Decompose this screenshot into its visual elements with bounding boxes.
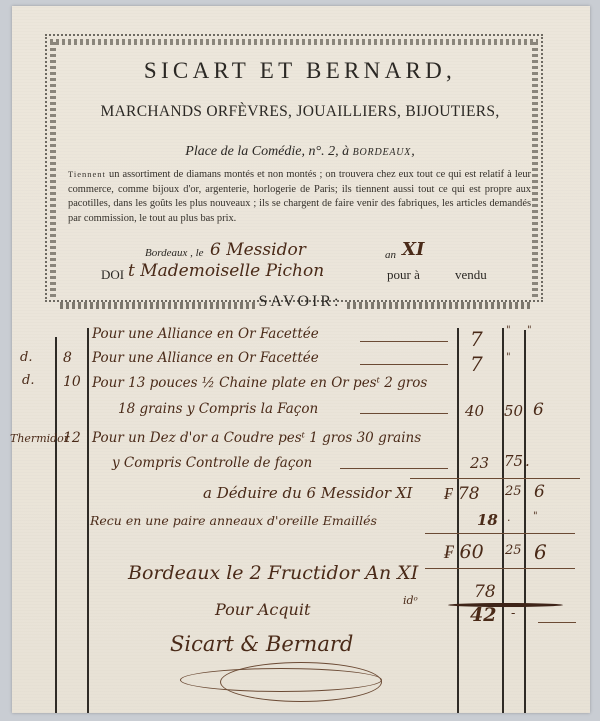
- row-month: Thermidor: [10, 432, 69, 445]
- row-day: 8: [63, 350, 72, 366]
- acquit-rule: [538, 622, 576, 623]
- rule-description: [87, 328, 89, 713]
- pour-label: pour à: [387, 267, 420, 283]
- firm-description: Tiennent un assortiment de diamans monté…: [68, 167, 531, 226]
- firm-address: Place de la Comédie, n°. 2, à BORDEAUX,: [0, 144, 600, 160]
- line-item: Pour 13 pouces ½ Chaine plate en Or pesᵗ…: [92, 375, 427, 391]
- address-suffix: ,: [411, 144, 415, 159]
- vendu-label: vendu: [455, 267, 487, 283]
- rule-date: [55, 337, 57, 713]
- doit-label: DOI: [101, 267, 124, 283]
- amount-deniers: 6: [533, 400, 544, 420]
- address-city: BORDEAUX: [353, 147, 412, 158]
- line-filler: [360, 341, 448, 342]
- idem-amount: 78: [474, 582, 496, 602]
- acquit-text: Pour Acquit: [215, 600, 310, 619]
- address-street: Place de la Comédie, n°. 2, à: [185, 144, 352, 159]
- total-rule: [448, 603, 563, 607]
- amount-livres: 40: [465, 402, 484, 420]
- firm-name: SICART ET BERNARD,: [0, 58, 600, 84]
- section-label: SAVOIR:: [0, 293, 600, 311]
- rule-livres: [457, 328, 459, 713]
- balance-rule: [425, 533, 575, 534]
- acquit-amount: 42: [470, 604, 496, 626]
- return-deniers: ": [533, 511, 538, 522]
- line-item: y Compris Controlle de façon: [112, 455, 312, 471]
- carried-livres: ₣ 78: [444, 484, 480, 504]
- handwritten-date: 6 Messidor: [210, 240, 306, 260]
- signature: Sicart & Bernard: [170, 632, 353, 656]
- return-label: Recu en une paire anneaux d'oreille Emai…: [90, 513, 377, 528]
- carried-sous: 25: [505, 484, 522, 499]
- row-month: d.: [20, 350, 32, 365]
- return-livres: 18: [477, 511, 498, 529]
- amount-sous: ": [506, 352, 511, 363]
- amount-sous: 75: [504, 452, 523, 470]
- amount-sous: 50: [504, 402, 523, 420]
- firm-trade: MARCHANDS ORFÈVRES, JOUAILLIERS, BIJOUTI…: [0, 103, 600, 121]
- balance-livres: ₣ 60: [444, 541, 484, 564]
- customer-name: t Mademoiselle Pichon: [128, 261, 324, 281]
- carried-forward-label: a Déduire du 6 Messidor XI: [203, 484, 412, 502]
- line-filler: [360, 413, 448, 414]
- acquit-dash: -: [511, 606, 515, 621]
- handwritten-year: XI: [402, 239, 424, 260]
- amount-deniers: ": [527, 325, 532, 336]
- blurb-lead: Tiennent: [68, 169, 106, 179]
- line-filler: [360, 364, 448, 365]
- line-item: Pour une Alliance en Or Facettée: [92, 326, 319, 342]
- line-item: Pour un Dez d'or a Coudre pesᵗ 1 gros 30…: [92, 430, 421, 446]
- amount-livres: 7: [470, 327, 483, 351]
- signature-flourish: [220, 662, 382, 702]
- line-item: 18 grains y Compris la Façon: [118, 401, 318, 417]
- subtotal-rule: [410, 478, 580, 479]
- balance-sous: 25: [505, 543, 522, 558]
- return-sous: .: [507, 511, 511, 524]
- closing-place-date: Bordeaux le 2 Fructidor An XI: [128, 562, 418, 584]
- carried-deniers: 6: [534, 482, 545, 502]
- year-label: an: [385, 249, 396, 261]
- line-item: Pour une Alliance en Or Facettée: [92, 350, 319, 366]
- balance-deniers: 6: [534, 540, 547, 564]
- row-day: 10: [63, 374, 81, 390]
- date-label: Bordeaux , le: [145, 247, 204, 259]
- amount-deniers: .: [525, 452, 530, 470]
- rule-sous: [502, 328, 504, 713]
- row-day: 12: [63, 430, 81, 446]
- line-filler: [340, 468, 448, 469]
- amount-livres: 23: [470, 454, 489, 472]
- amount-sous: ": [506, 325, 511, 336]
- closing-rule: [425, 568, 575, 569]
- idem-note: idᵒ: [403, 594, 418, 607]
- amount-livres: 7: [470, 352, 483, 376]
- rule-deniers: [524, 330, 526, 713]
- blurb-text: un assortiment de diamans montés et non …: [68, 169, 531, 224]
- row-month: d.: [22, 373, 34, 388]
